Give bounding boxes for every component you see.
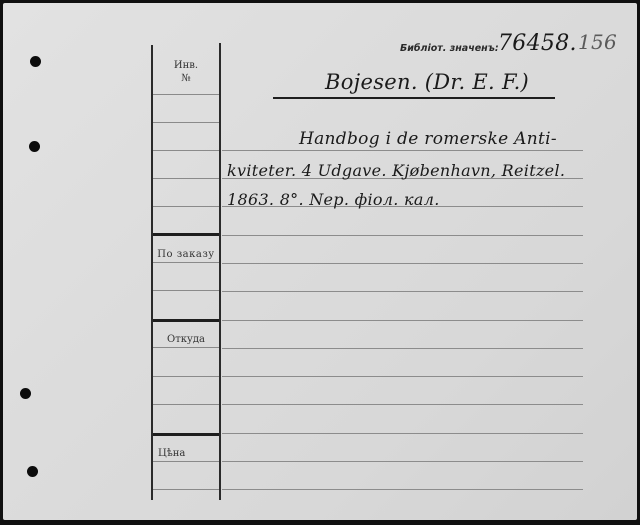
ruled-line bbox=[222, 291, 583, 292]
author-underline bbox=[273, 97, 555, 99]
inventory-number-label: № bbox=[153, 73, 219, 84]
punch-hole-2 bbox=[29, 141, 40, 152]
left-rule bbox=[153, 376, 219, 377]
library-mark-value: 76458. bbox=[498, 31, 577, 56]
author-heading: Bojesen. (Dr. E. F.) bbox=[325, 70, 529, 94]
punch-hole-1 bbox=[30, 56, 41, 67]
left-column-border-right bbox=[219, 43, 221, 500]
ruled-line bbox=[222, 150, 583, 151]
ruled-line bbox=[222, 348, 583, 349]
punch-hole-3 bbox=[20, 388, 31, 399]
ruled-line bbox=[222, 376, 583, 377]
ruled-line bbox=[222, 489, 583, 490]
left-rule bbox=[153, 347, 219, 348]
title-line-2: kviteter. 4 Udgave. Kjøbenhavn, Reitzel. bbox=[227, 161, 565, 180]
left-rule bbox=[153, 489, 219, 490]
ruled-line bbox=[222, 461, 583, 462]
left-rule bbox=[153, 122, 219, 123]
inventory-label: Инв. bbox=[153, 60, 219, 71]
price-label: Цѣна bbox=[158, 448, 198, 459]
left-rule bbox=[153, 178, 219, 179]
left-rule bbox=[153, 404, 219, 405]
left-rule bbox=[153, 290, 219, 291]
section-divider bbox=[153, 319, 219, 322]
left-rule bbox=[153, 262, 219, 263]
section-divider bbox=[153, 433, 219, 436]
title-line-1: Handbog i de romerske Anti- bbox=[299, 129, 557, 149]
ruled-line bbox=[222, 235, 583, 236]
left-column-border-left bbox=[151, 45, 153, 500]
by-order-label: По заказу bbox=[153, 249, 219, 260]
punch-hole-4 bbox=[27, 466, 38, 477]
ruled-line bbox=[222, 263, 583, 264]
left-rule bbox=[153, 94, 219, 95]
catalog-card: Инв. № По заказу Откуда Цѣна Библіот. зн… bbox=[3, 3, 637, 520]
left-rule bbox=[153, 206, 219, 207]
from-where-label: Откуда bbox=[153, 334, 219, 345]
section-divider bbox=[153, 233, 219, 236]
title-line-3: 1863. 8°. Nep. фіол. кал. bbox=[227, 190, 440, 209]
pencil-note: 156 bbox=[578, 30, 617, 54]
ruled-line bbox=[222, 433, 583, 434]
left-rule bbox=[153, 461, 219, 462]
ruled-line bbox=[222, 404, 583, 405]
left-rule bbox=[153, 150, 219, 151]
library-mark-label: Библіот. значенъ: bbox=[400, 43, 499, 54]
ruled-line bbox=[222, 320, 583, 321]
